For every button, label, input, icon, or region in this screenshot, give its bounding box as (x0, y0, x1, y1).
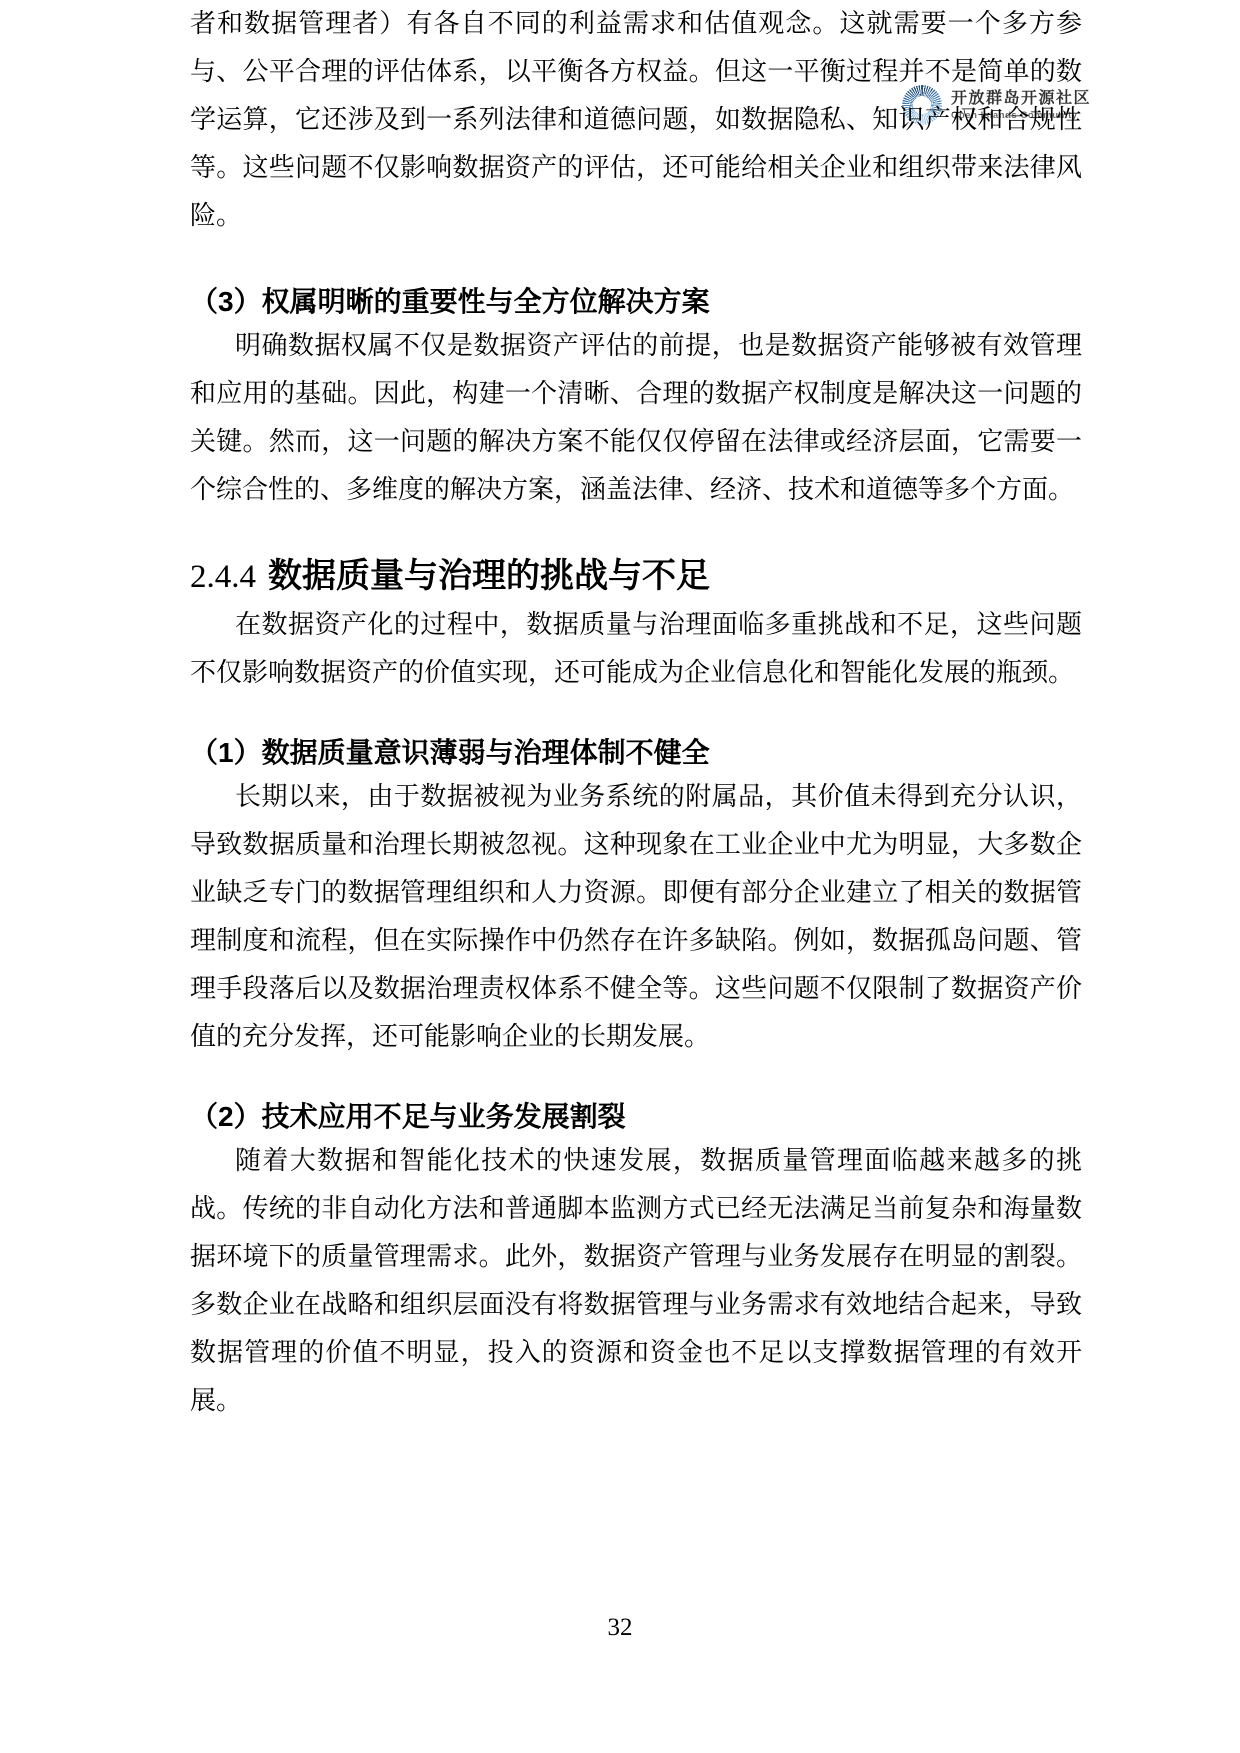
section-heading-2-4-4: 2.4.4数据质量与治理的挑战与不足 (190, 552, 1082, 601)
section-number: 2.4.4 (190, 559, 256, 595)
paragraph-tech-gap: 随着大数据和智能化技术的快速发展，数据质量管理面临越来越多的挑战。传统的非自动化… (190, 1137, 1082, 1425)
heading-quality-awareness: （1）数据质量意识薄弱与治理体制不健全 (190, 733, 1082, 773)
document-page: 开放群岛开源社区 Open Islands Community 者和数据管理者）… (0, 0, 1240, 1753)
paragraph-quality-awareness: 长期以来，由于数据被视为业务系统的附属品，其价值未得到充分认识，导致数据质量和治… (190, 773, 1082, 1061)
heading-ownership-clarity: （3）权属明晰的重要性与全方位解决方案 (190, 282, 1082, 322)
paragraph-valuation-carryover: 者和数据管理者）有各自不同的利益需求和估值观念。这就需要一个多方参与、公平合理的… (190, 0, 1082, 240)
section-title: 数据质量与治理的挑战与不足 (268, 557, 710, 595)
paragraph-ownership-solution: 明确数据权属不仅是数据资产评估的前提，也是数据资产能够被有效管理和应用的基础。因… (190, 322, 1082, 514)
heading-tech-gap: （2）技术应用不足与业务发展割裂 (190, 1097, 1082, 1137)
page-content: 者和数据管理者）有各自不同的利益需求和估值观念。这就需要一个多方参与、公平合理的… (190, 0, 1082, 1425)
paragraph-section-intro: 在数据资产化的过程中，数据质量与治理面临多重挑战和不足，这些问题不仅影响数据资产… (190, 601, 1082, 697)
page-number: 32 (608, 1614, 633, 1641)
page-footer: 32 (0, 1604, 1240, 1652)
